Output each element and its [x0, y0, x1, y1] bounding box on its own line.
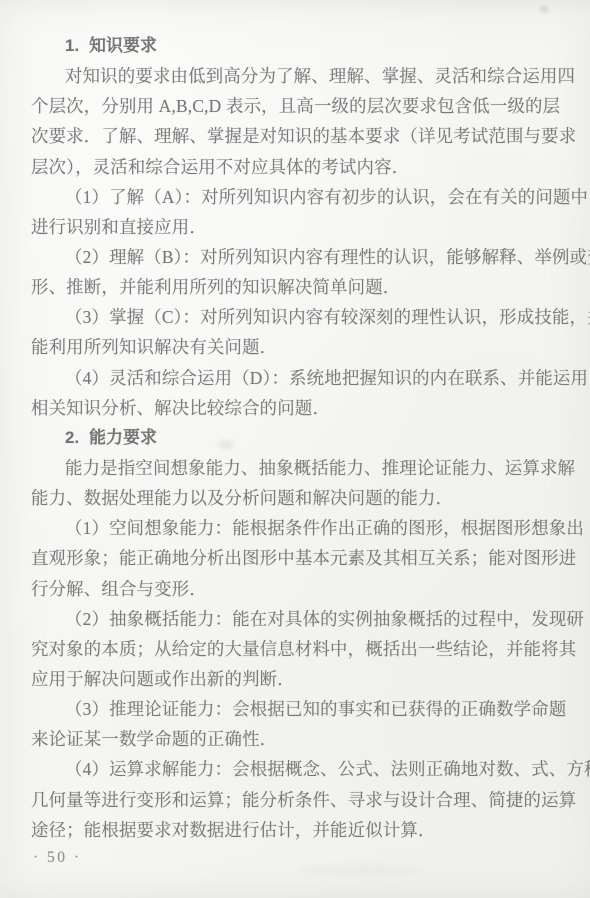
section-heading-1: 1. 知识要求	[31, 31, 583, 61]
page-number: · 50 ·	[33, 847, 82, 869]
text-line: 途径；能根据要求对数据进行估计，并能近似计算．	[31, 815, 583, 845]
text-line: （3）掌握（C）：对所列知识内容有较深刻的理性认识，形成技能，并	[31, 302, 583, 332]
text-line: （4）灵活和综合运用（D）：系统地把握知识的内在联系、并能运用	[31, 363, 583, 393]
text-line: （1）空间想象能力：能根据条件作出正确的图形，根据图形想象出	[31, 513, 583, 543]
text-line: 进行识别和直接应用．	[31, 212, 583, 242]
text-line: 层次），灵活和综合运用不对应具体的考试内容．	[31, 152, 583, 182]
text-line: 应用于解决问题或作出新的判断．	[31, 664, 583, 694]
text-line: 形、推断，并能利用所列的知识解决简单问题．	[31, 272, 583, 302]
text-line: （3）推理论证能力：会根据已知的事实和已获得的正确数学命题	[31, 694, 583, 724]
text-line: 个层次，分别用 A,B,C,D 表示，且高一级的层次要求包含低一级的层	[31, 91, 583, 121]
section-heading-2: 2. 能力要求	[31, 423, 583, 453]
text-line: 能利用所列知识解决有关问题．	[31, 332, 583, 362]
scanned-page: 1. 知识要求对知识的要求由低到高分为了解、理解、掌握、灵活和综合运用四个层次，…	[0, 0, 590, 898]
scan-smudge-1	[540, 6, 549, 13]
text-line: 能力是指空间想象能力、抽象概括能力、推理论证能力、运算求解	[31, 453, 583, 483]
text-line: 直观形象；能正确地分析出图形中基本元素及其相互关系；能对图形进	[31, 543, 583, 573]
text-line: 几何量等进行变形和运算；能分析条件、寻求与设计合理、简捷的运算	[31, 785, 583, 815]
text-line: 能力、数据处理能力以及分析问题和解决问题的能力．	[31, 483, 583, 513]
document-text: 1. 知识要求对知识的要求由低到高分为了解、理解、掌握、灵活和综合运用四个层次，…	[31, 31, 583, 845]
scan-smudge-3	[300, 866, 420, 874]
text-line: （2）抽象概括能力：能在对具体的实例抽象概括的过程中，发现研	[31, 604, 583, 634]
text-line: 行分解、组合与变形．	[31, 574, 583, 604]
text-line: 对知识的要求由低到高分为了解、理解、掌握、灵活和综合运用四	[31, 61, 583, 91]
text-line: 究对象的本质；从给定的大量信息材料中，概括出一些结论，并能将其	[31, 634, 583, 664]
text-line: 相关知识分析、解决比较综合的问题．	[31, 393, 583, 423]
text-line: （2）理解（B）：对所列知识内容有理性的认识，能够解释、举例或变	[31, 242, 583, 272]
text-line: 次要求．了解、理解、掌握是对知识的基本要求（详见考试范围与要求	[31, 121, 583, 151]
text-line: （4）运算求解能力：会根据概念、公式、法则正确地对数、式、方程、	[31, 754, 583, 784]
text-line: 来论证某一数学命题的正确性．	[31, 724, 583, 754]
text-line: （1）了解（A）：对所列知识内容有初步的认识，会在有关的问题中	[31, 182, 583, 212]
